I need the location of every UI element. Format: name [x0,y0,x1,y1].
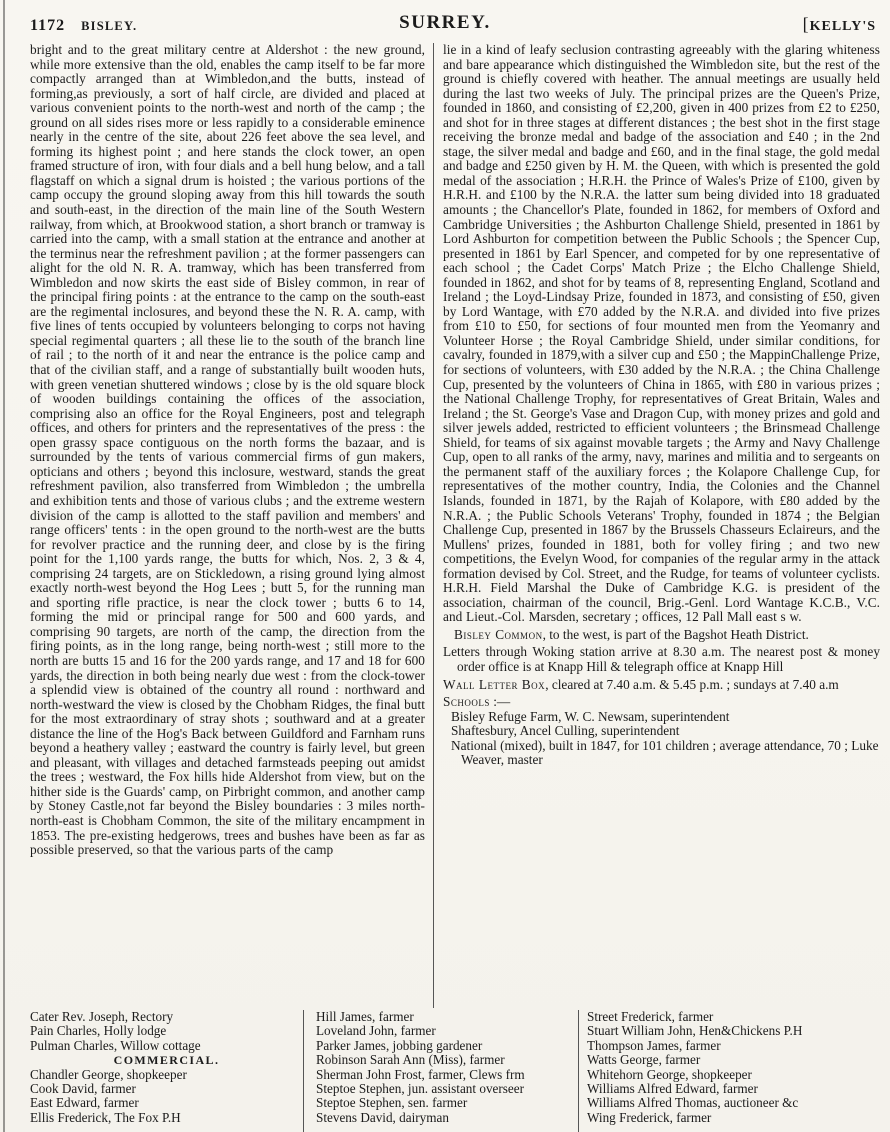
left-column: bright and to the great military centre … [30,43,433,1008]
schools-heading-lead: Schools [443,694,490,709]
place-name: BISLEY. [81,19,137,34]
directory-entry: Stuart William John, Hen&Chickens P.H [587,1024,882,1038]
page-header: 1172 BISLEY. SURREY. [KELLY'S [0,0,890,37]
directory-entry: Williams Alfred Thomas, auctioneer &c [587,1096,882,1110]
bisley-common-rest: , to the west, is part of the Bagshot He… [543,627,809,642]
directory-entry: Robinson Sarah Ann (Miss), farmer [316,1053,578,1067]
directory-entry: Cater Rev. Joseph, Rectory [30,1010,303,1024]
wall-letter-box-paragraph: Wall Letter Box, cleared at 7.40 a.m. & … [443,678,880,693]
trade-directory: Cater Rev. Joseph, Rectory Pain Charles,… [30,1010,882,1132]
directory-entry: Parker James, jobbing gardener [316,1039,578,1053]
directory-entry: Hill James, farmer [316,1010,578,1024]
school-entry: National (mixed), built in 1847, for 101… [443,739,880,768]
directory-entry: Ellis Frederick, The Fox P.H [30,1111,303,1125]
scan-edge-line [3,0,5,1132]
directory-entry: Sherman John Frost, farmer, Clews frm [316,1068,578,1082]
directory-column-2: Hill James, farmer Loveland John, farmer… [303,1010,578,1132]
directory-entry: Chandler George, shopkeeper [30,1068,303,1082]
right-column-paragraph: lie in a kind of leafy seclusion contras… [443,43,880,625]
bisley-common-paragraph: Bisley Common, to the west, is part of t… [443,628,880,643]
header-left: 1172 BISLEY. [30,17,137,35]
letters-paragraph: Letters through Woking station arrive at… [443,645,880,674]
commercial-heading: COMMERCIAL. [30,1053,303,1067]
directory-page: 1172 BISLEY. SURREY. [KELLY'S bright and… [0,0,890,1132]
publisher-name: KELLY'S [810,19,876,34]
directory-entry: Loveland John, farmer [316,1024,578,1038]
directory-entry: East Edward, farmer [30,1096,303,1110]
directory-entry: Cook David, farmer [30,1082,303,1096]
wall-letter-box-rest: , cleared at 7.40 a.m. & 5.45 p.m. ; sun… [545,677,839,692]
directory-entry: Thompson James, farmer [587,1039,882,1053]
main-text-area: bright and to the great military centre … [0,37,890,1008]
directory-entry: Williams Alfred Edward, farmer [587,1082,882,1096]
left-column-paragraph: bright and to the great military centre … [30,43,425,858]
right-column: lie in a kind of leafy seclusion contras… [433,43,880,1008]
publisher-mark: [KELLY'S [803,14,876,35]
bisley-common-lead: Bisley Common [454,627,543,642]
directory-entry: Pulman Charles, Willow cottage [30,1039,303,1053]
page-number: 1172 [30,17,65,35]
directory-entry: Watts George, farmer [587,1053,882,1067]
directory-entry: Stevens David, dairyman [316,1111,578,1125]
directory-entry: Street Frederick, farmer [587,1010,882,1024]
wall-letter-box-lead: Wall Letter Box [443,677,545,692]
directory-column-3: Street Frederick, farmer Stuart William … [578,1010,882,1132]
directory-entry: Wing Frederick, farmer [587,1111,882,1125]
directory-entry: Steptoe Stephen, jun. assistant overseer [316,1082,578,1096]
schools-heading: Schools :— [443,695,880,710]
bracket-glyph: [ [803,14,810,34]
directory-column-1: Cater Rev. Joseph, Rectory Pain Charles,… [30,1010,303,1132]
directory-entry: Pain Charles, Holly lodge [30,1024,303,1038]
directory-entry: Whitehorn George, shopkeeper [587,1068,882,1082]
schools-heading-rest: :— [490,694,510,709]
school-entry: Shaftesbury, Ancel Culling, superintende… [443,724,880,739]
directory-entry: Steptoe Stephen, sen. farmer [316,1096,578,1110]
school-entry: Bisley Refuge Farm, W. C. Newsam, superi… [443,710,880,725]
